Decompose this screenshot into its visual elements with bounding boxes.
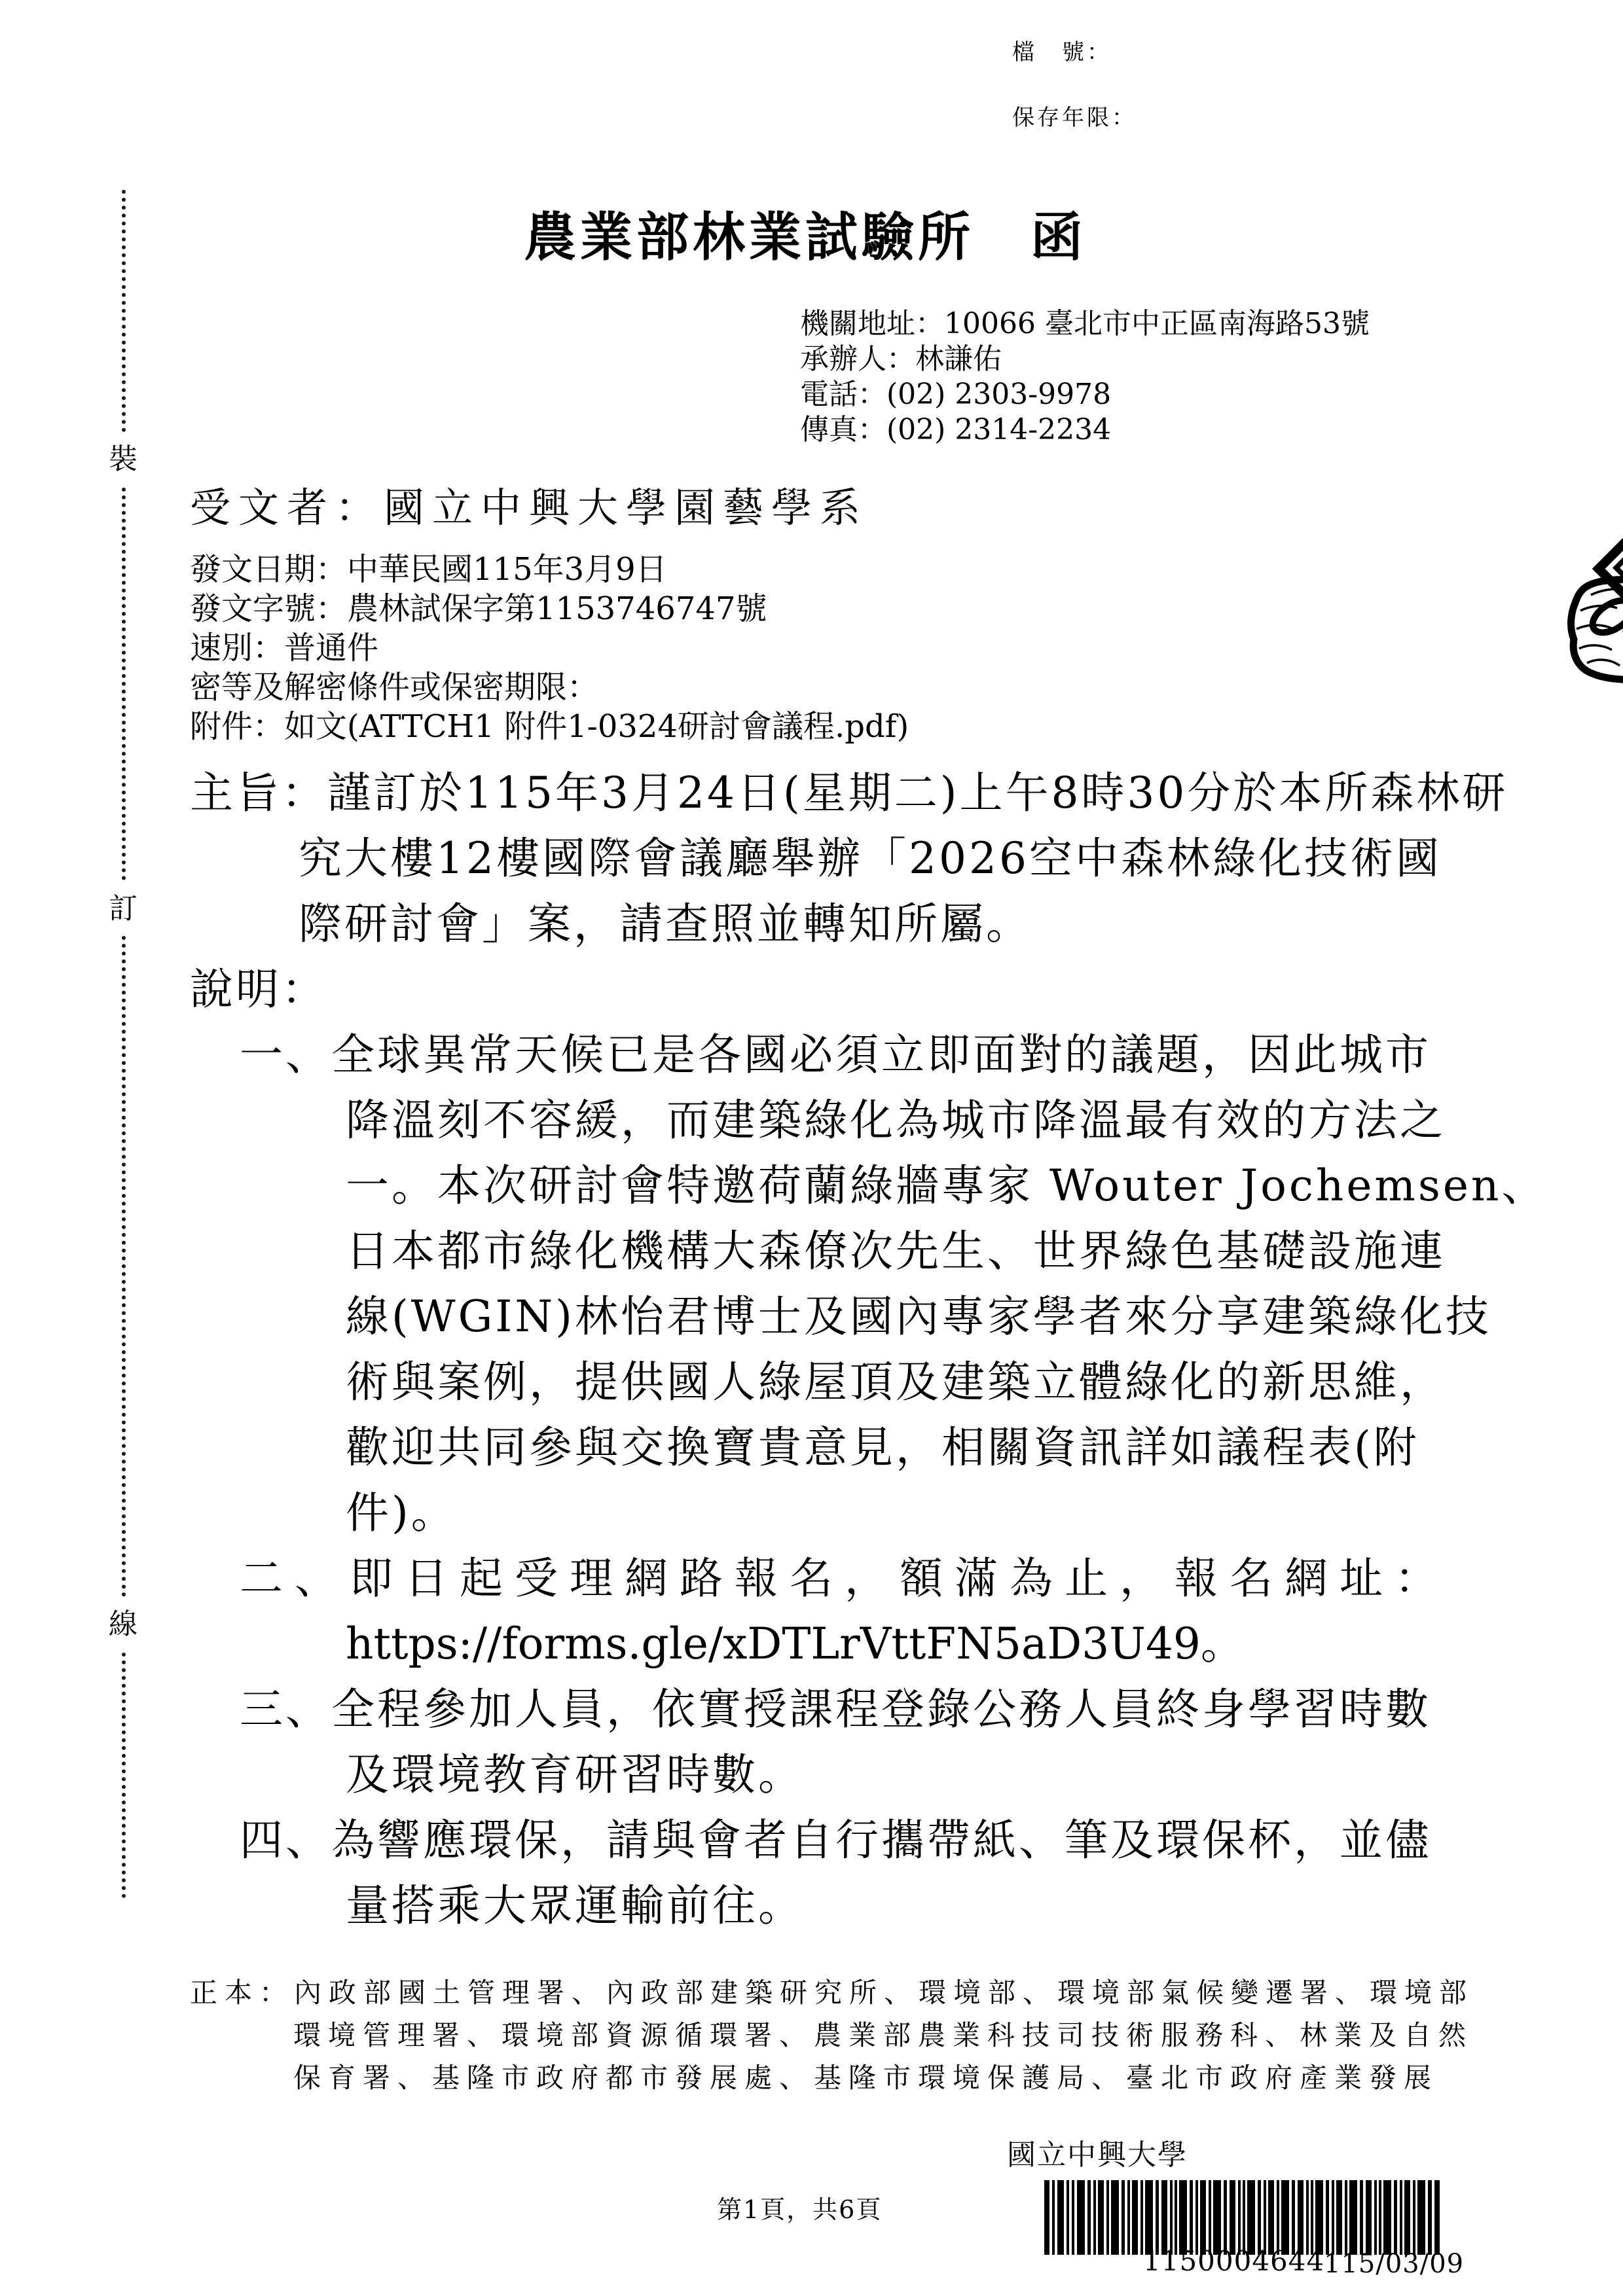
cc-line: 環境管理署、環境部資源循環署、農業部農業科技司技術服務科、林業及自然	[190, 2014, 1474, 2056]
binding-dotted-line	[122, 1653, 126, 1898]
retention-period-label: 保存年限：	[1012, 99, 1137, 132]
body-line: 件)。	[190, 1480, 1473, 1546]
file-number-label: 檔 號：	[1012, 34, 1112, 66]
official-letter-page: 檔 號： 保存年限： 農業部林業試驗所 函 機關地址：10066 臺北市中正區南…	[0, 0, 1623, 2296]
body-line: 三、全程參加人員，依實授課程登錄公務人員終身學習時數	[190, 1677, 1473, 1742]
body-line: 量搭乘大眾運輸前往。	[190, 1873, 1473, 1939]
document-meta-line: 發文日期：中華民國115年3月9日	[190, 550, 909, 589]
body-line: 歡迎共同參與交換寶貴意見，相關資訊詳如議程表(附	[190, 1415, 1473, 1480]
seal-blob	[1571, 580, 1623, 680]
qr-stamp-icon	[1532, 445, 1623, 674]
page-title: 農業部林業試驗所 函	[524, 195, 1087, 270]
document-meta-line: 發文字號：農林試保字第1153746747號	[190, 589, 909, 628]
binding-dotted-line	[122, 190, 126, 432]
document-meta-line: 密等及解密條件或保密期限：	[190, 668, 909, 707]
body-line: 及環境教育研習時數。	[190, 1742, 1473, 1808]
letter-body: 主旨：謹訂於115年3月24日(星期二)上午8時30分於本所森林研究大樓12樓國…	[190, 761, 1473, 1939]
barcode-date: 115/03/09	[1324, 2249, 1464, 2279]
binding-dotted-line	[122, 936, 126, 1597]
cc-line: 保育署、基隆市政府都市發展處、基隆市環境保護局、臺北市政府產業發展	[190, 2056, 1474, 2099]
body-line: 一。本次研討會特邀荷蘭綠牆專家 Wouter Jochemsen、	[190, 1153, 1473, 1219]
sender-info-line: 承辦人：林謙佑	[800, 342, 1370, 377]
body-line: 際研討會」案，請查照並轉知所屬。	[190, 891, 1473, 957]
recipient-line: 受文者：國立中興大學園藝學系	[190, 475, 868, 533]
binding-char-xian: 線	[105, 1600, 141, 1642]
binding-char-zhuang: 裝	[105, 435, 141, 477]
barcode-number: 1150004644	[1143, 2245, 1324, 2277]
sender-info-line: 傳真：(02) 2314-2234	[800, 412, 1370, 448]
body-line: 究大樓12樓國際會議廳舉辦「2026空中森林綠化技術國	[190, 826, 1473, 891]
body-line: 線(WGIN)林怡君博士及國內專家學者來分享建築綠化技	[190, 1284, 1473, 1350]
barcode-icon	[1031, 2168, 1428, 2242]
university-label: 國立中興大學	[1007, 2131, 1188, 2173]
document-meta-line: 速別：普通件	[190, 628, 909, 668]
sender-info-line: 機關地址：10066 臺北市中正區南海路53號	[800, 306, 1370, 342]
binding-char-ding: 訂	[105, 885, 141, 927]
body-line: https://forms.gle/xDTLrVttFN5aD3U49。	[190, 1611, 1473, 1677]
binding-dotted-line	[122, 488, 126, 880]
body-line: 一、全球異常天候已是各國必須立即面對的議題，因此城市	[190, 1022, 1473, 1088]
seal-graphic	[1545, 457, 1623, 687]
sender-info-block: 機關地址：10066 臺北市中正區南海路53號承辦人：林謙佑電話：(02) 23…	[800, 306, 1370, 448]
cc-line: 正本：內政部國土管理署、內政部建築研究所、環境部、環境部氣候變遷署、環境部	[190, 1971, 1474, 2014]
document-meta-block: 發文日期：中華民國115年3月9日發文字號：農林試保字第1153746747號速…	[190, 550, 909, 746]
body-line: 術與案例，提供國人綠屋頂及建築立體綠化的新思維，	[190, 1350, 1473, 1415]
body-line: 主旨：謹訂於115年3月24日(星期二)上午8時30分於本所森林研	[190, 761, 1473, 826]
body-line: 降溫刻不容緩，而建築綠化為城市降溫最有效的方法之	[190, 1088, 1473, 1153]
body-line: 日本都市綠化機構大森僚次先生、世界綠色基礎設施連	[190, 1219, 1473, 1284]
body-line: 四、為響應環保，請與會者自行攜帶紙、筆及環保杯，並儘	[190, 1808, 1473, 1873]
cc-recipients-block: 正本：內政部國土管理署、內政部建築研究所、環境部、環境部氣候變遷署、環境部環境管…	[190, 1971, 1474, 2099]
document-meta-line: 附件：如文(ATTCH1 附件1-0324研討會議程.pdf)	[190, 707, 909, 746]
body-line: 二、即日起受理網路報名，額滿為止，報名網址：	[190, 1546, 1473, 1611]
body-line: 說明：	[190, 957, 1473, 1022]
sender-info-line: 電話：(02) 2303-9978	[800, 377, 1370, 412]
page-indicator: 第1頁，共6頁	[717, 2189, 882, 2225]
